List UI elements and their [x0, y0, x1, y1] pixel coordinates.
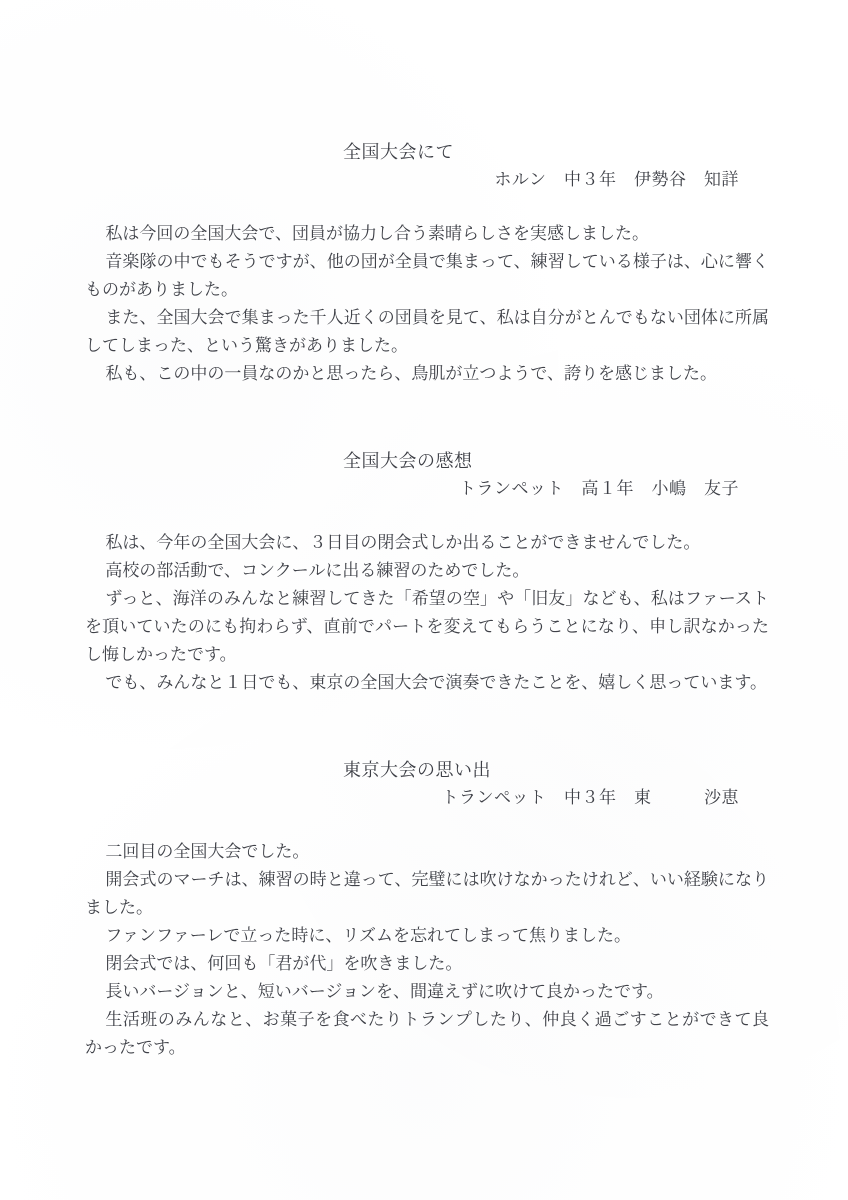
- essay-paragraph: でも、みんなと１日でも、東京の全国大会で演奏できたことを、嬉しく思っています。: [85, 669, 769, 697]
- essay-paragraph: 長いバージョンと、短いバージョンを、間違えずに吹けて良かったです。: [85, 978, 769, 1006]
- essay-byline: トランペット 中３年 東 沙恵: [85, 784, 769, 812]
- essay-section: 全国大会にて ホルン 中３年 伊勢谷 知詳 私は今回の全国大会で、団員が協力し合…: [85, 138, 769, 388]
- essay-body: 二回目の全国大会でした。開会式のマーチは、練習の時と違って、完璧には吹けなかった…: [85, 838, 769, 1062]
- essay-section: 東京大会の思い出 トランペット 中３年 東 沙恵 二回目の全国大会でした。開会式…: [85, 756, 769, 1062]
- essay-section: 全国大会の感想 トランペット 高１年 小嶋 友子 私は、今年の全国大会に、３日目…: [85, 447, 769, 697]
- scanned-document-page: 全国大会にて ホルン 中３年 伊勢谷 知詳 私は今回の全国大会で、団員が協力し合…: [0, 0, 848, 1200]
- essay-title: 東京大会の思い出: [343, 756, 769, 784]
- essay-paragraph: 生活班のみんなと、お菓子を食べたりトランプしたり、仲良く過ごすことができて良かっ…: [85, 1006, 769, 1062]
- essay-paragraph: ファンファーレで立った時に、リズムを忘れてしまって焦りました。: [85, 922, 769, 950]
- essay-body: 私は、今年の全国大会に、３日目の閉会式しか出ることができませんでした。高校の部活…: [85, 529, 769, 697]
- essay-paragraph: 閉会式では、何回も「君が代」を吹きました。: [85, 950, 769, 978]
- essay-paragraph: 二回目の全国大会でした。: [85, 838, 769, 866]
- essay-paragraph: ずっと、海洋のみんなと練習してきた「希望の空」や「旧友」なども、私はファーストを…: [85, 585, 769, 669]
- essay-paragraph: また、全国大会で集まった千人近くの団員を見て、私は自分がとんでもない団体に所属し…: [85, 304, 769, 360]
- essay-paragraph: 私は、今年の全国大会に、３日目の閉会式しか出ることができませんでした。: [85, 529, 769, 557]
- essay-title: 全国大会にて: [343, 138, 769, 166]
- essay-byline: トランペット 高１年 小嶋 友子: [85, 475, 769, 503]
- essay-body: 私は今回の全国大会で、団員が協力し合う素晴らしさを実感しました。音楽隊の中でもそ…: [85, 220, 769, 388]
- essay-title: 全国大会の感想: [343, 447, 769, 475]
- essay-paragraph: 音楽隊の中でもそうですが、他の団が全員で集まって、練習している様子は、心に響くも…: [85, 248, 769, 304]
- essay-paragraph: 開会式のマーチは、練習の時と違って、完璧には吹けなかったけれど、いい経験になりま…: [85, 866, 769, 922]
- essay-byline: ホルン 中３年 伊勢谷 知詳: [85, 166, 769, 194]
- essay-paragraph: 高校の部活動で、コンクールに出る練習のためでした。: [85, 557, 769, 585]
- essay-paragraph: 私も、この中の一員なのかと思ったら、鳥肌が立つようで、誇りを感じました。: [85, 360, 769, 388]
- essay-paragraph: 私は今回の全国大会で、団員が協力し合う素晴らしさを実感しました。: [85, 220, 769, 248]
- document-content: 全国大会にて ホルン 中３年 伊勢谷 知詳 私は今回の全国大会で、団員が協力し合…: [85, 138, 769, 1062]
